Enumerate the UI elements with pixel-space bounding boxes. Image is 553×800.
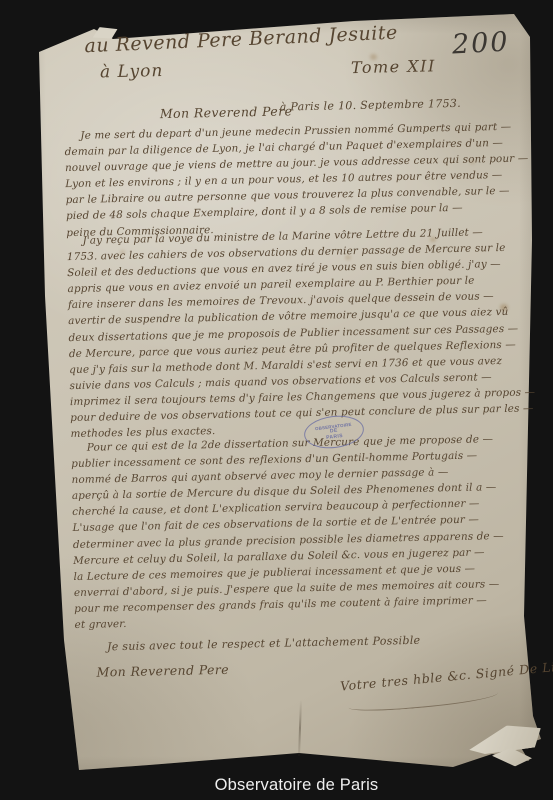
letter-paragraph-2: J'ay reçu par la voye du ministre de la … — [66, 224, 526, 443]
letter-paragraph-3: Pour ce qui est de la 2de dissertation s… — [71, 431, 531, 634]
handwritten-ink-layer: au Revend Pere Berand Jesuite à Lyon Tom… — [0, 0, 553, 800]
recipient-annotation-line2: à Lyon — [100, 61, 164, 82]
stamp-text-line3: PARIS — [326, 434, 343, 442]
signature-line: Votre tres hble &c. Signé De Lisle — [340, 657, 553, 693]
closing-formula: Je suis avec tout le respect et L'attach… — [107, 634, 421, 654]
recipient-annotation-line1: au Revend Pere Berand Jesuite — [84, 22, 398, 58]
closing-address: Mon Reverend Pere — [96, 662, 229, 680]
folio-page-number: 200 — [451, 27, 510, 61]
salutation-greeting: Mon Reverend Pere — [160, 103, 293, 121]
salutation-dateline: à Paris le 10. Septembre 1753. — [280, 97, 461, 114]
signature-flourish — [348, 687, 499, 713]
archive-caption: Observatoire de Paris — [0, 771, 553, 800]
manuscript-scan: au Revend Pere Berand Jesuite à Lyon Tom… — [0, 0, 553, 800]
letter-paragraph-1: Je me sert du depart d'un jeune medecin … — [64, 119, 522, 241]
volume-annotation: Tome XII — [351, 56, 436, 77]
